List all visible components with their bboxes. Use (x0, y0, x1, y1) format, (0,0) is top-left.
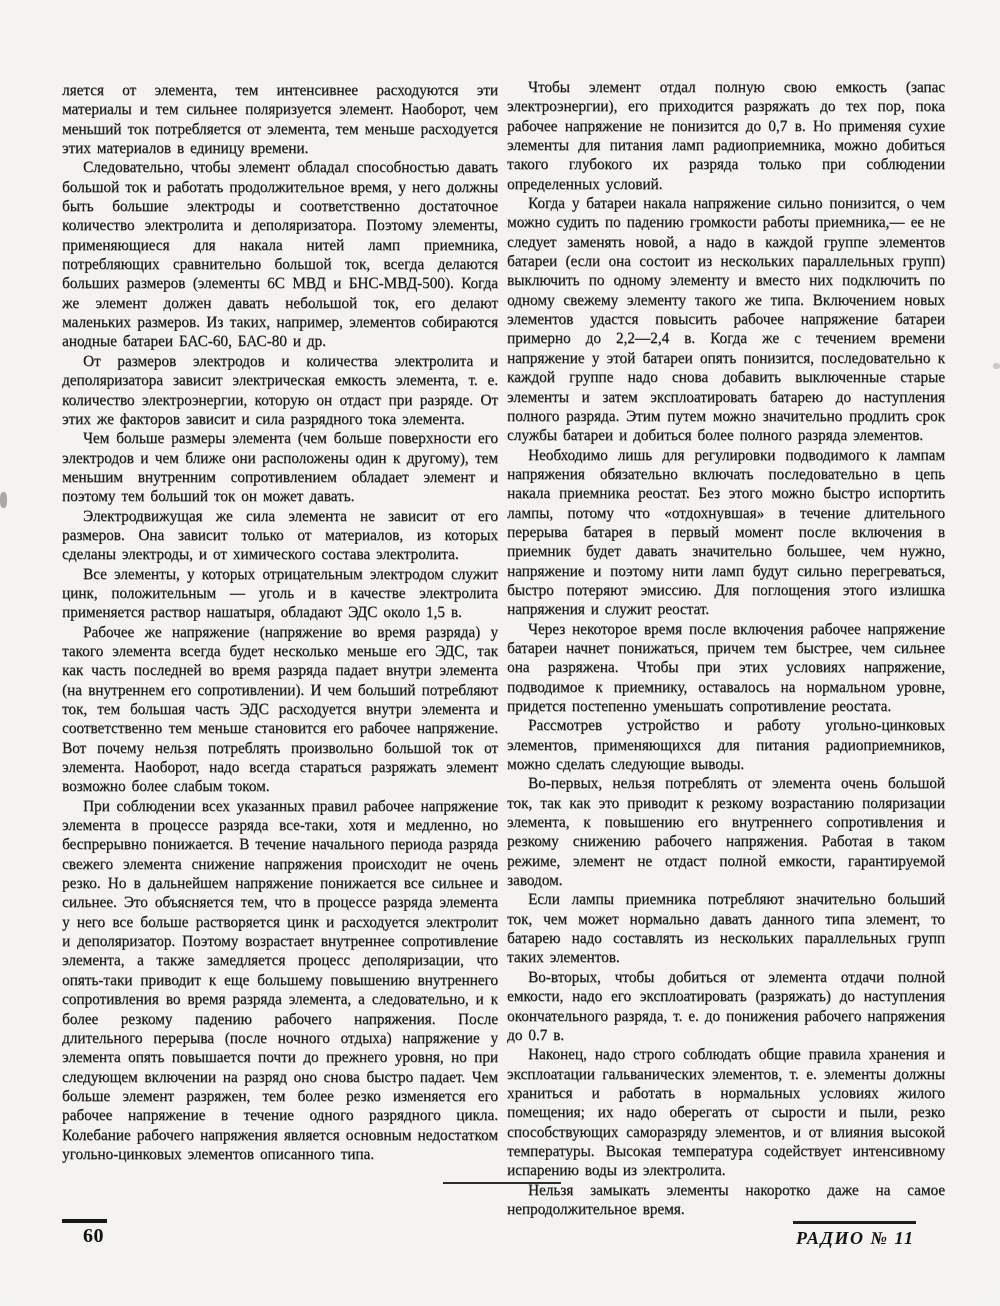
paragraph: ляется от элемента, тем интенсивнее расх… (62, 81, 498, 158)
paragraph: Во-первых, нельзя потреблять от элемента… (507, 774, 945, 890)
paragraph: От размеров электродов и количества элек… (62, 352, 498, 429)
scanned-magazine-page: ляется от элемента, тем интенсивнее расх… (0, 0, 1000, 1306)
footer-rule-left (62, 1219, 107, 1223)
paragraph: Наконец, надо строго соблюдать общие пра… (507, 1045, 945, 1180)
paragraph: Чтобы элемент отдал полную свою емкость … (507, 78, 945, 194)
scan-artifact (0, 492, 7, 508)
article-end-divider (443, 1182, 561, 1184)
paragraph: Через некоторое время после включения ра… (507, 620, 945, 717)
scan-artifact (993, 363, 1000, 369)
paragraph: Во-вторых, чтобы добиться от элемента от… (507, 968, 945, 1045)
paragraph: Следовательно, чтобы элемент обладал спо… (62, 158, 498, 351)
paragraph: Необходимо лишь для регулировки подводим… (507, 446, 945, 620)
footer-rule-right (793, 1221, 916, 1224)
page-number: 60 (83, 1225, 104, 1248)
paragraph: Чем больше размеры элемента (чем больше … (62, 429, 498, 506)
paragraph: Рабочее же напряжение (напряжение во вре… (62, 623, 498, 797)
paragraph: Все элементы, у которых отрицательным эл… (62, 565, 498, 623)
left-column: ляется от элемента, тем интенсивнее расх… (62, 81, 498, 1164)
right-column: Чтобы элемент отдал полную свою емкость … (507, 78, 945, 1219)
paragraph: Если лампы приемника потребляют значител… (507, 890, 945, 967)
paragraph: Рассмотрев устройство и работу угольно-ц… (507, 716, 945, 774)
paragraph: Нельзя замыкать элементы накоротко даже … (507, 1181, 945, 1220)
paragraph: Когда у батареи накала напряжение сильно… (507, 194, 945, 445)
paragraph: Электродвижущая же сила элемента не зави… (62, 507, 498, 565)
paragraph: При соблюдении всех указанных правил раб… (62, 797, 498, 1165)
journal-title: РАДИО № 11 (796, 1228, 914, 1249)
